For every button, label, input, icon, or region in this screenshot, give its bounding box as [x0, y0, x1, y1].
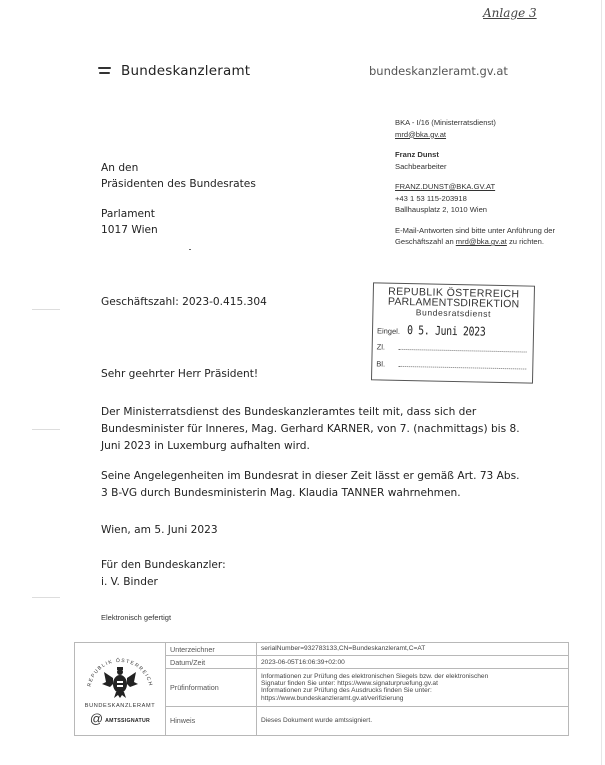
contact-name: Franz Dunst — [395, 150, 439, 159]
sender-info: BKA - I/16 (Ministerratsdienst) mrd@bka.… — [395, 117, 595, 248]
contact-address: Ballhausplatz 2, 1010 Wien — [395, 204, 595, 216]
department: BKA - I/16 (Ministerratsdienst) — [395, 117, 595, 129]
note-value: Dieses Dokument wurde amtssigniert. — [257, 706, 569, 735]
electronic-note: Elektronisch gefertigt — [101, 613, 171, 622]
contact-email-link[interactable]: FRANZ.DUNST@BKA.GV.AT — [395, 182, 495, 191]
received-stamp: REPUBLIK ÖSTERREICH PARLAMENTSDIREKTION … — [371, 282, 535, 383]
at-sign-icon: @ — [90, 713, 103, 724]
logo-text: Bundeskanzleramt — [121, 63, 250, 79]
recipient-address: An den Präsidenten des Bundesrates Parla… — [101, 160, 256, 238]
signer-label: Unterzeichner — [166, 643, 257, 656]
letter-paragraph-2: Seine Angelegenheiten im Bundesrat in di… — [101, 468, 521, 502]
bka-logo-icon — [98, 67, 111, 76]
bka-logo: Bundeskanzleramt — [98, 63, 250, 79]
department-email-link[interactable]: mrd@bka.gv.at — [395, 130, 446, 139]
signatory: i. V. Binder — [101, 574, 226, 591]
contact-phone: +43 1 53 115-203918 — [395, 193, 595, 205]
verification-value: Informationen zur Prüfung des elektronis… — [257, 669, 569, 706]
letter-paragraph-1: Der Ministerratsdienst des Bundeskanzler… — [101, 404, 521, 455]
page-edge — [601, 0, 602, 765]
verification-label: Prüfinformation — [166, 669, 257, 706]
datetime-value: 2023-06-05T16:06:39+02:00 — [257, 656, 569, 669]
signature-table: REPUBLIK ÖSTERREICH BUNDESKANZLERAMT @ A… — [74, 642, 569, 736]
place-date: Wien, am 5. Juni 2023 — [101, 522, 218, 538]
official-seal: REPUBLIK ÖSTERREICH BUNDESKANZLERAMT @ A… — [75, 643, 166, 736]
margin-mark — [32, 309, 60, 310]
website-url: bundeskanzleramt.gv.at — [369, 64, 508, 78]
amtssignatur-badge: @ AMTSSIGNATUR — [77, 713, 163, 724]
reply-note: E-Mail-Antworten sind bitte unter Anführ… — [395, 225, 595, 248]
salutation: Sehr geehrter Herr Präsident! — [101, 366, 258, 382]
handwritten-annex-note: Anlage 3 — [483, 6, 537, 20]
seal-org-name: BUNDESKANZLERAMT — [77, 703, 163, 709]
austrian-eagle-seal-icon: REPUBLIK ÖSTERREICH — [80, 654, 160, 700]
received-date: 0 5. Juni 2023 — [407, 323, 486, 339]
closing: Für den Bundeskanzler: i. V. Binder — [101, 557, 226, 591]
margin-mark — [32, 429, 60, 430]
signer-value: serialNumber=932783133,CN=Bundeskanzlera… — [257, 643, 569, 656]
margin-mark — [32, 597, 60, 598]
reply-email-link[interactable]: mrd@bka.gv.at — [456, 237, 507, 246]
contact-role: Sachbearbeiter — [395, 161, 595, 173]
scan-speck — [189, 249, 191, 250]
reference-number: Geschäftszahl: 2023-0.415.304 — [101, 294, 267, 310]
note-label: Hinweis — [166, 706, 257, 735]
datetime-label: Datum/Zeit — [166, 656, 257, 669]
